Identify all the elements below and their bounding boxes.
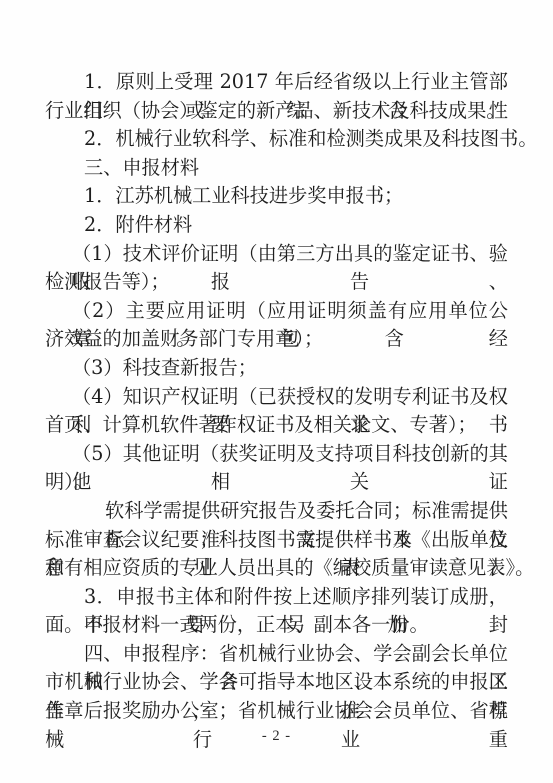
text-line: 市机械行业协会、学会可指导本地区、本系统的申报工作，推荐	[45, 668, 508, 697]
text-line: 2．附件材料	[45, 211, 508, 240]
page-number: - 2 -	[0, 728, 553, 745]
section-heading: 三、申报材料	[45, 154, 508, 183]
text-line: 1．原则上受理 2017 年后经省级以上行业主管部门或综合性	[45, 68, 508, 97]
text-line: 行业组织（协会）鉴定的新产品、新技术及科技成果。	[45, 97, 508, 126]
text-line: （1）技术评价证明（由第三方出具的鉴定证书、验收报告、	[45, 240, 508, 269]
text-line: 标准审查会议纪要；科技图书需提供样书及《出版单位意见表》	[45, 526, 508, 555]
text-line: （4）知识产权证明（已获授权的发明专利证书及权利要求书	[45, 383, 508, 412]
section-heading: 四、申报程序：省机械行业协会、学会副会长单位和各设区	[45, 640, 508, 669]
text-line: 盖章后报奖励办公室；省机械行业协会会员单位、省机械行业重	[45, 697, 508, 726]
text-line: （5）其他证明（获奖证明及支持项目科技创新的其他相关证	[45, 440, 508, 469]
text-line: 首页、计算机软件著作权证书及相关论文、专著）；	[45, 411, 508, 440]
text-line: 和有相应资质的专业人员出具的《编校质量审读意见表》。	[45, 554, 508, 583]
text-line: 3．申报书主体和附件按上述顺序排列装订成册，不要另加封	[45, 583, 508, 612]
text-line: 1．江苏机械工业科技进步奖申报书；	[45, 182, 508, 211]
document-page: 1．原则上受理 2017 年后经省级以上行业主管部门或综合性 行业组织（协会）鉴…	[0, 0, 553, 783]
document-body: 1．原则上受理 2017 年后经省级以上行业主管部门或综合性 行业组织（协会）鉴…	[45, 68, 508, 726]
text-line: 2．机械行业软科学、标准和检测类成果及科技图书。	[45, 125, 508, 154]
text-line: （2）主要应用证明（应用证明须盖有应用单位公章。包含经	[45, 297, 508, 326]
text-line: 软科学需提供研究报告及委托合同；标准需提供标准文本及	[45, 497, 508, 526]
text-line: （3）科技查新报告；	[45, 354, 508, 383]
